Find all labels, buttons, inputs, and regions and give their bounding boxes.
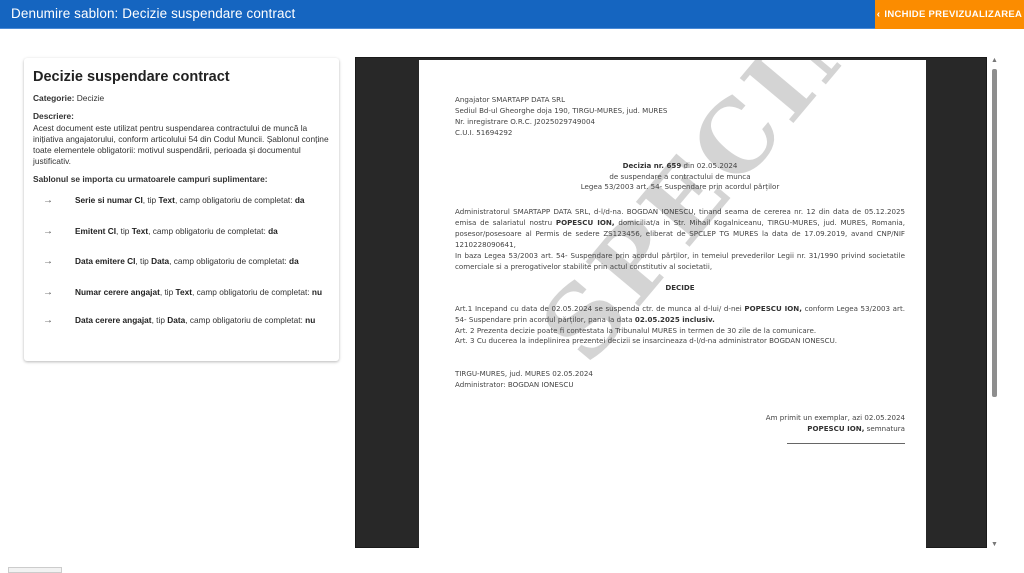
- arrow-right-icon: →: [43, 256, 53, 268]
- scroll-down-arrow-icon[interactable]: ▼: [991, 541, 998, 548]
- signature-rule: [787, 443, 905, 444]
- field-item: →Data emitere CI, tip Data, camp obligat…: [33, 256, 330, 268]
- top-app-bar: Denumire sablon: Decizie suspendare cont…: [0, 0, 1024, 29]
- signature-line: POPESCU ION, semnatura: [455, 424, 905, 435]
- article-1: Art.1 Incepand cu data de 02.05.2024 se …: [455, 304, 905, 326]
- decision-subtitle-2: Legea 53/2003 art. 54- Suspendare prin a…: [455, 182, 905, 193]
- template-title: Decizie suspendare contract: [33, 69, 330, 85]
- arrow-right-icon: →: [43, 195, 53, 207]
- footer-badge: [8, 567, 62, 572]
- description-text: Acest document este utilizat pentru susp…: [33, 123, 330, 168]
- field-item: →Data cerere angajat, tip Data, camp obl…: [33, 315, 330, 327]
- received-line: Am primit un exemplar, azi 02.05.2024: [455, 413, 905, 424]
- address-line: Sediul Bd-ul Gheorghe doja 190, TIRGU-MU…: [455, 106, 905, 117]
- field-item: →Emitent CI, tip Text, camp obligatoriu …: [33, 226, 330, 238]
- article-2: Art. 2 Prezenta decizie poate fi contest…: [455, 326, 905, 337]
- cui-line: C.U.I. 51694292: [455, 128, 905, 139]
- arrow-right-icon: →: [43, 226, 53, 238]
- article-3: Art. 3 Cu ducerea la indeplinirea prezen…: [455, 336, 905, 347]
- preview-scrollbar[interactable]: ▲ ▼: [990, 57, 1000, 548]
- fields-list: →Serie si numar CI, tip Text, camp oblig…: [33, 195, 330, 327]
- chevron-left-icon: ‹: [877, 9, 881, 20]
- arrow-right-icon: →: [43, 315, 53, 327]
- orc-line: Nr. inregistrare O.R.C. J2025029749004: [455, 117, 905, 128]
- arrow-right-icon: →: [43, 287, 53, 299]
- template-info-card: Decizie suspendare contract Categorie: D…: [24, 58, 339, 361]
- document-content: Angajator SMARTAPP DATA SRL Sediul Bd-ul…: [455, 95, 905, 445]
- description-label: Descriere:: [33, 111, 330, 122]
- scrollbar-thumb[interactable]: [992, 69, 997, 397]
- close-preview-button[interactable]: ‹ INCHIDE PREVIZUALIZAREA: [875, 0, 1024, 29]
- administrator-line: Administrator: BOGDAN IONESCU: [455, 380, 905, 391]
- scroll-up-arrow-icon[interactable]: ▲: [991, 57, 998, 64]
- employer-line: Angajator SMARTAPP DATA SRL: [455, 95, 905, 106]
- document-preview-viewer[interactable]: SPECIMEN Angajator SMARTAPP DATA SRL Sed…: [355, 57, 987, 548]
- category-row: Categorie: Decizie: [33, 93, 330, 104]
- category-label: Categorie:: [33, 93, 74, 103]
- decision-subtitle-1: de suspendare a contractului de munca: [455, 172, 905, 183]
- field-item: →Numar cerere angajat, tip Text, camp ob…: [33, 287, 330, 299]
- decide-heading: DECIDE: [455, 283, 905, 294]
- paragraph-1: Administratorul SMARTAPP DATA SRL, d-l/d…: [455, 207, 905, 251]
- fields-title: Sablonul se importa cu urmatoarele campu…: [33, 174, 330, 185]
- document-page: SPECIMEN Angajator SMARTAPP DATA SRL Sed…: [419, 60, 926, 549]
- decision-title: Decizia nr. 659 din 02.05.2024: [455, 161, 905, 172]
- paragraph-2: In baza Legea 53/2003 art. 54- Suspendar…: [455, 251, 905, 273]
- field-item: →Serie si numar CI, tip Text, camp oblig…: [33, 195, 330, 207]
- page-title: Denumire sablon: Decizie suspendare cont…: [11, 6, 295, 21]
- category-value: Decizie: [77, 93, 104, 103]
- place-date: TIRGU-MURES, jud. MURES 02.05.2024: [455, 369, 905, 380]
- close-preview-label: INCHIDE PREVIZUALIZAREA: [884, 9, 1022, 20]
